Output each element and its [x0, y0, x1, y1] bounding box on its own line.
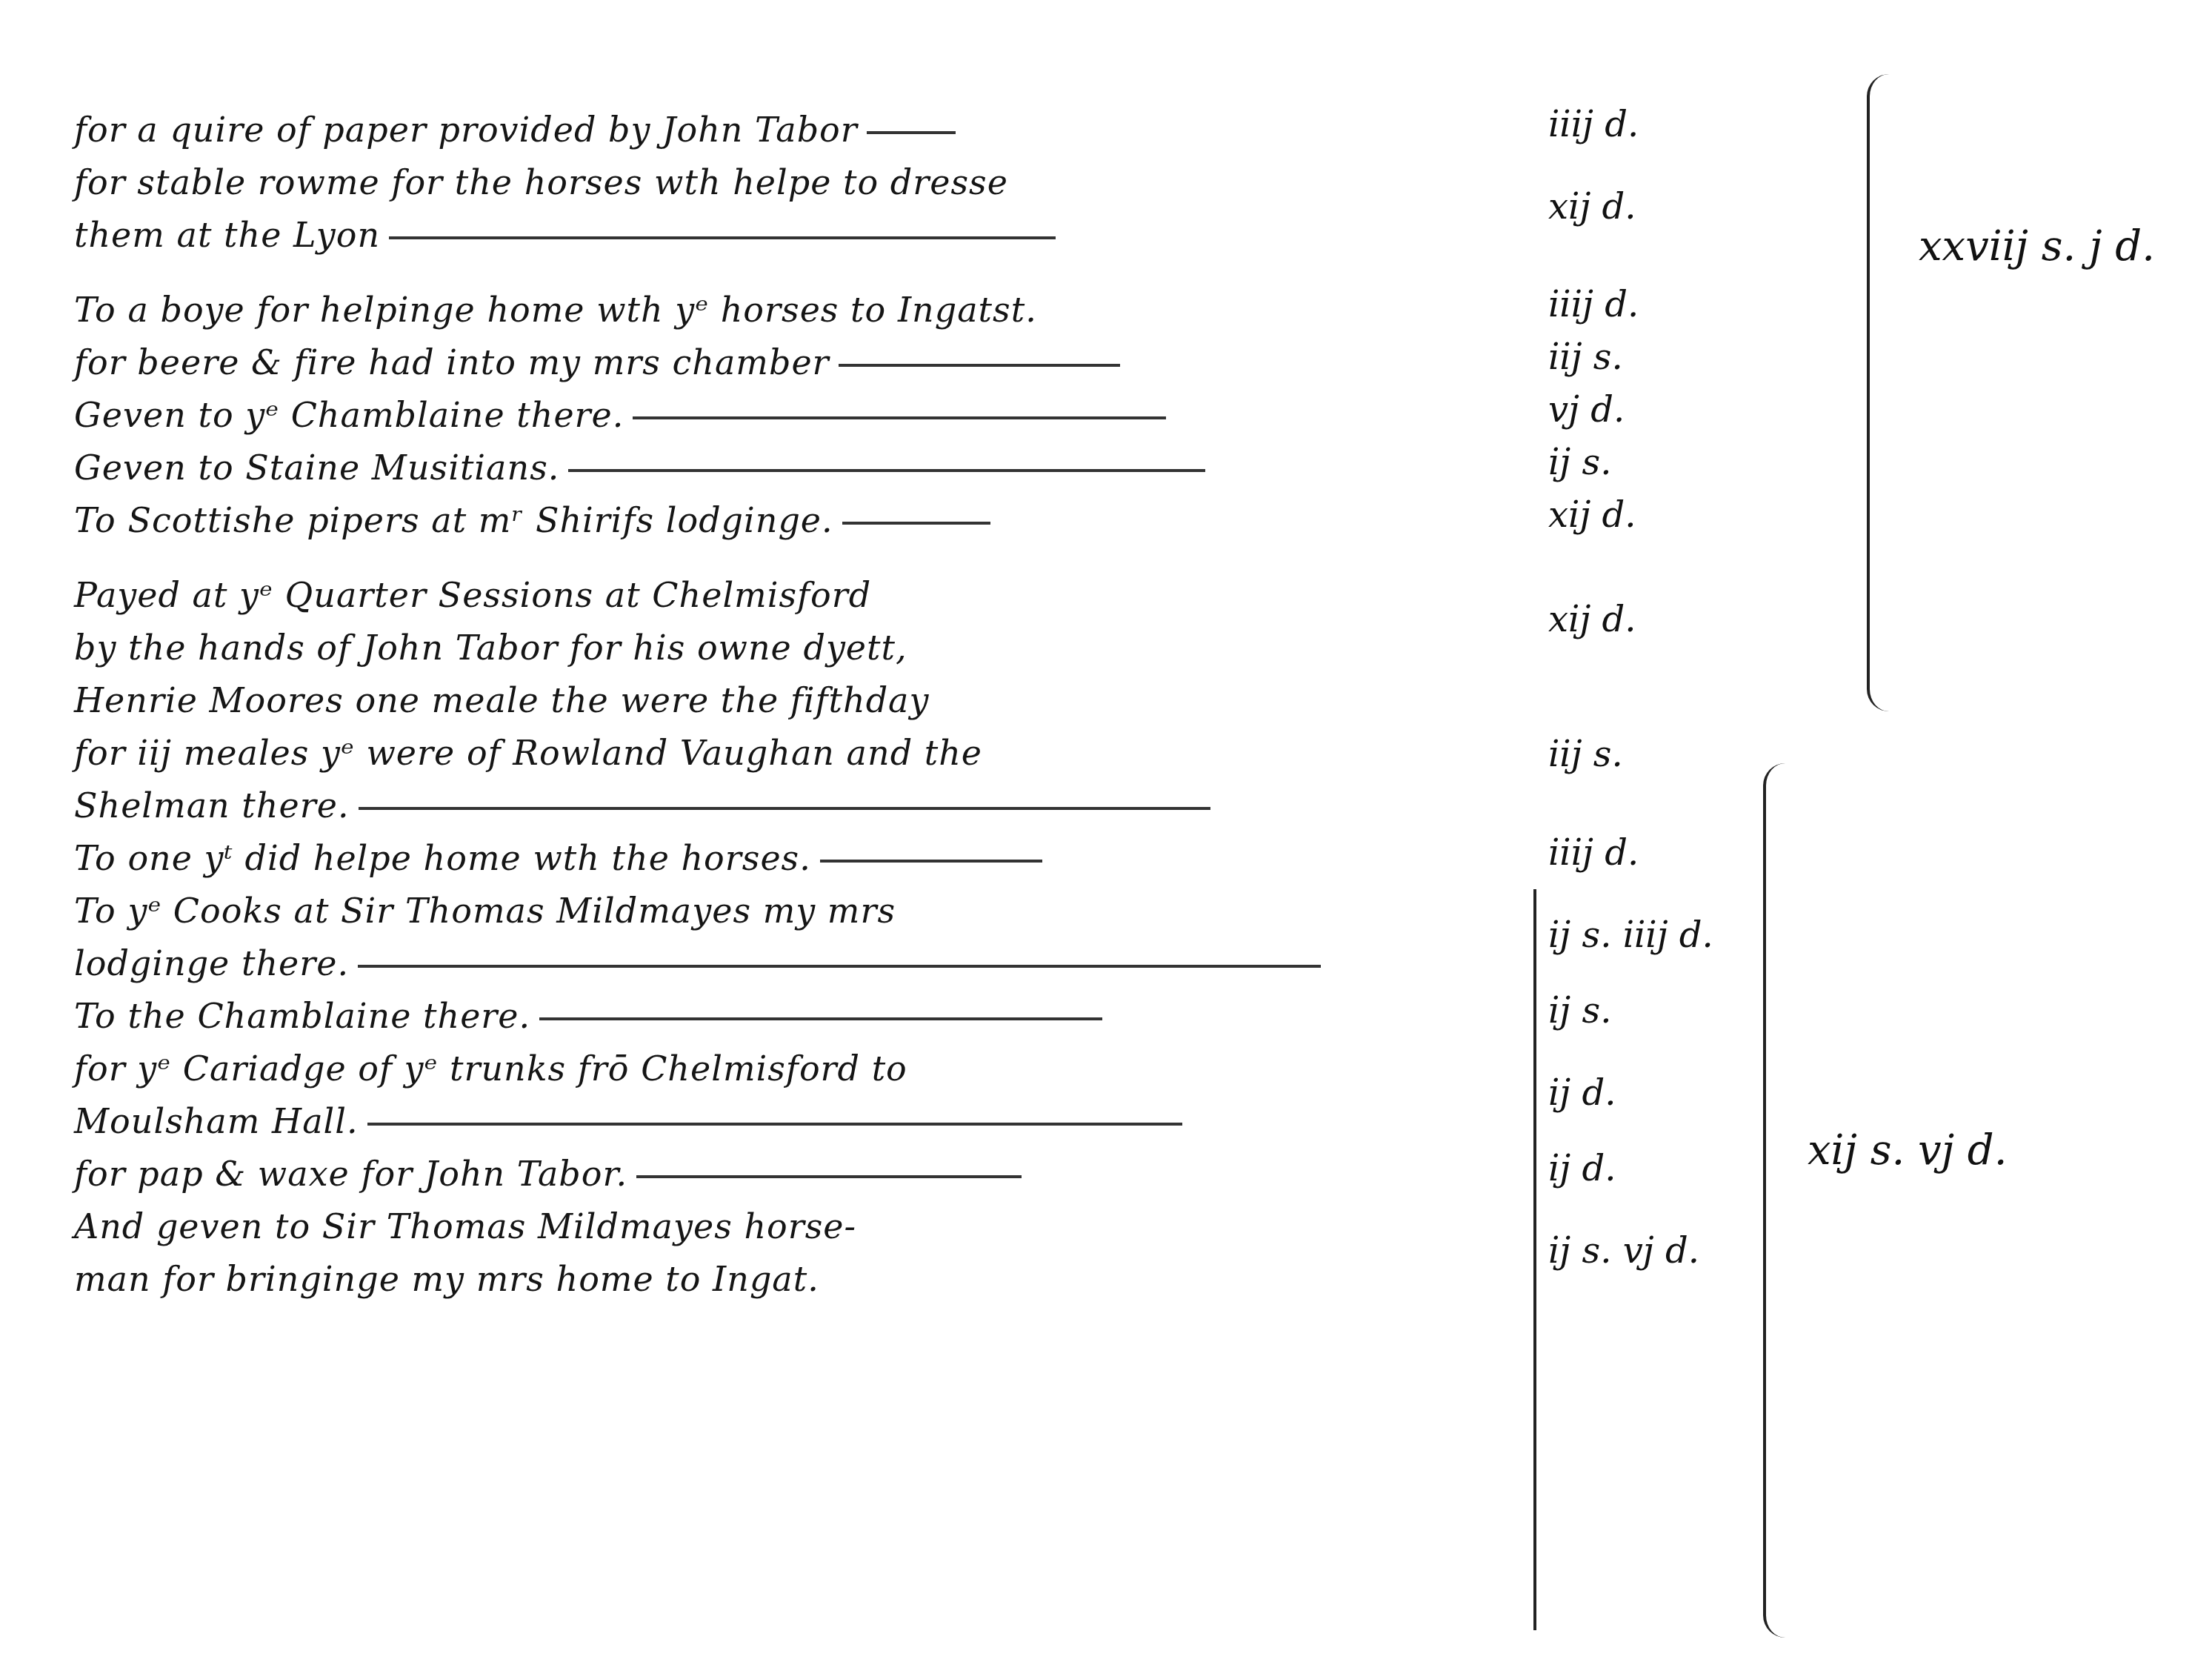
entry-line: To yᵉ Cooks at Sir Thomas Mildmayes my m… — [74, 885, 1541, 937]
entry-help-home-horses: To one yᵗ did helpe home wth the horses.… — [74, 832, 1541, 885]
leader-line — [633, 416, 1166, 419]
entry-mildmay-horseman: And geven to Sir Thomas Mildmayes horse-… — [74, 1200, 1541, 1306]
entry-line: man for bringinge my mrs home to Ingat. — [74, 1253, 1541, 1306]
entry-line: by the hands of John Tabor for his owne … — [74, 622, 1541, 674]
entry-stable-room: for stable rowme for the horses wth help… — [74, 156, 1541, 262]
entry-amount: ij s. iiij d. — [1548, 914, 1713, 956]
entry-line: for beere & fire had into my mrs chamber — [74, 336, 1541, 389]
entry-line: for stable rowme for the horses wth help… — [74, 156, 1541, 209]
entry-meals: Henrie Moores one meale the were the fif… — [74, 674, 1541, 832]
leader-line — [358, 965, 1321, 968]
entry-boy-helping-home: To a boye for helpinge home wth yᵉ horse… — [74, 284, 1541, 336]
leader-line — [539, 1017, 1102, 1020]
leader-line — [842, 522, 990, 525]
entry-line: And geven to Sir Thomas Mildmayes horse- — [74, 1200, 1541, 1253]
entry-quarter-sessions: Payed at yᵉ Quarter Sessions at Chelmisf… — [74, 569, 1541, 674]
entry-line: To one yᵗ did helpe home wth the horses. — [74, 832, 1541, 885]
entry-line: Moulsham Hall. — [74, 1095, 1541, 1148]
entry-amount: xij d. — [1548, 494, 1636, 536]
entry-chamberlain: Geven to yᵉ Chamblaine there. vj d. — [74, 389, 1541, 442]
entry-amount: ij d. — [1548, 1072, 1616, 1114]
leader-line — [636, 1175, 1022, 1178]
entry-scottish-pipers: To Scottishe pipers at mʳ Shirifs lodgin… — [74, 494, 1541, 547]
entry-amount: xij d. — [1548, 186, 1636, 227]
entry-amount: iij s. — [1548, 734, 1623, 775]
entry-line: Shelman there. — [74, 780, 1541, 832]
entry-line: for a quire of paper provided by John Ta… — [74, 104, 1541, 156]
leader-line — [367, 1123, 1182, 1126]
leader-line — [359, 807, 1210, 810]
leader-line — [389, 236, 1056, 239]
entry-line: To a boye for helpinge home wth yᵉ horse… — [74, 284, 1541, 336]
entry-line: for yᵉ Cariadge of yᵉ trunks frō Chelmis… — [74, 1043, 1541, 1095]
entry-line: To Scottishe pipers at mʳ Shirifs lodgin… — [74, 494, 1541, 547]
entry-line: Geven to Staine Musitians. — [74, 442, 1541, 494]
entry-line: for iij meales yᵉ were of Rowland Vaugha… — [74, 727, 1541, 780]
total-bracket-upper — [1867, 74, 1899, 711]
entry-amount: iij s. — [1548, 336, 1623, 378]
entry-amount: vj d. — [1548, 389, 1625, 431]
entry-amount: iiij d. — [1548, 104, 1639, 145]
leader-line — [839, 364, 1120, 367]
leader-line — [568, 469, 1205, 472]
entry-cooks: To yᵉ Cooks at Sir Thomas Mildmayes my m… — [74, 885, 1541, 990]
entry-musicians: Geven to Staine Musitians. ij s. — [74, 442, 1541, 494]
total-upper: xxviij s. j d. — [1919, 222, 2155, 270]
entry-amount: iiij d. — [1548, 284, 1639, 325]
entry-amount: ij s. — [1548, 990, 1611, 1031]
entry-line: them at the Lyon — [74, 209, 1541, 262]
entry-line: for pap & waxe for John Tabor. — [74, 1148, 1541, 1200]
entry-carriage-of-trunks: for yᵉ Cariadge of yᵉ trunks frō Chelmis… — [74, 1043, 1541, 1148]
entry-line: Geven to yᵉ Chamblaine there. — [74, 389, 1541, 442]
entry-beer-and-fire: for beere & fire had into my mrs chamber… — [74, 336, 1541, 389]
total-lower: xij s. vj d. — [1808, 1126, 2007, 1174]
entry-line: lodginge there. — [74, 937, 1541, 990]
entry-amount: ij s. vj d. — [1548, 1230, 1699, 1272]
entry-amount: ij d. — [1548, 1148, 1616, 1189]
total-bracket-lower — [1763, 763, 1796, 1638]
entry-line: Payed at yᵉ Quarter Sessions at Chelmisf… — [74, 569, 1541, 622]
entry-amount: iiij d. — [1548, 832, 1639, 874]
entry-line: Henrie Moores one meale the were the fif… — [74, 674, 1541, 727]
entry-quire-of-paper: for a quire of paper provided by John Ta… — [74, 104, 1541, 156]
entry-line: To the Chamblaine there. — [74, 990, 1541, 1043]
leader-line — [820, 860, 1042, 863]
leader-line — [867, 131, 956, 134]
manuscript-page: for a quire of paper provided by John Ta… — [0, 0, 2212, 1668]
entry-paper-and-wax: for pap & waxe for John Tabor. ij d. — [74, 1148, 1541, 1200]
entry-chamberlain-there: To the Chamblaine there. ij s. — [74, 990, 1541, 1043]
entry-amount: ij s. — [1548, 442, 1611, 483]
account-entries: for a quire of paper provided by John Ta… — [74, 104, 1541, 1306]
entry-amount: xij d. — [1548, 599, 1636, 640]
